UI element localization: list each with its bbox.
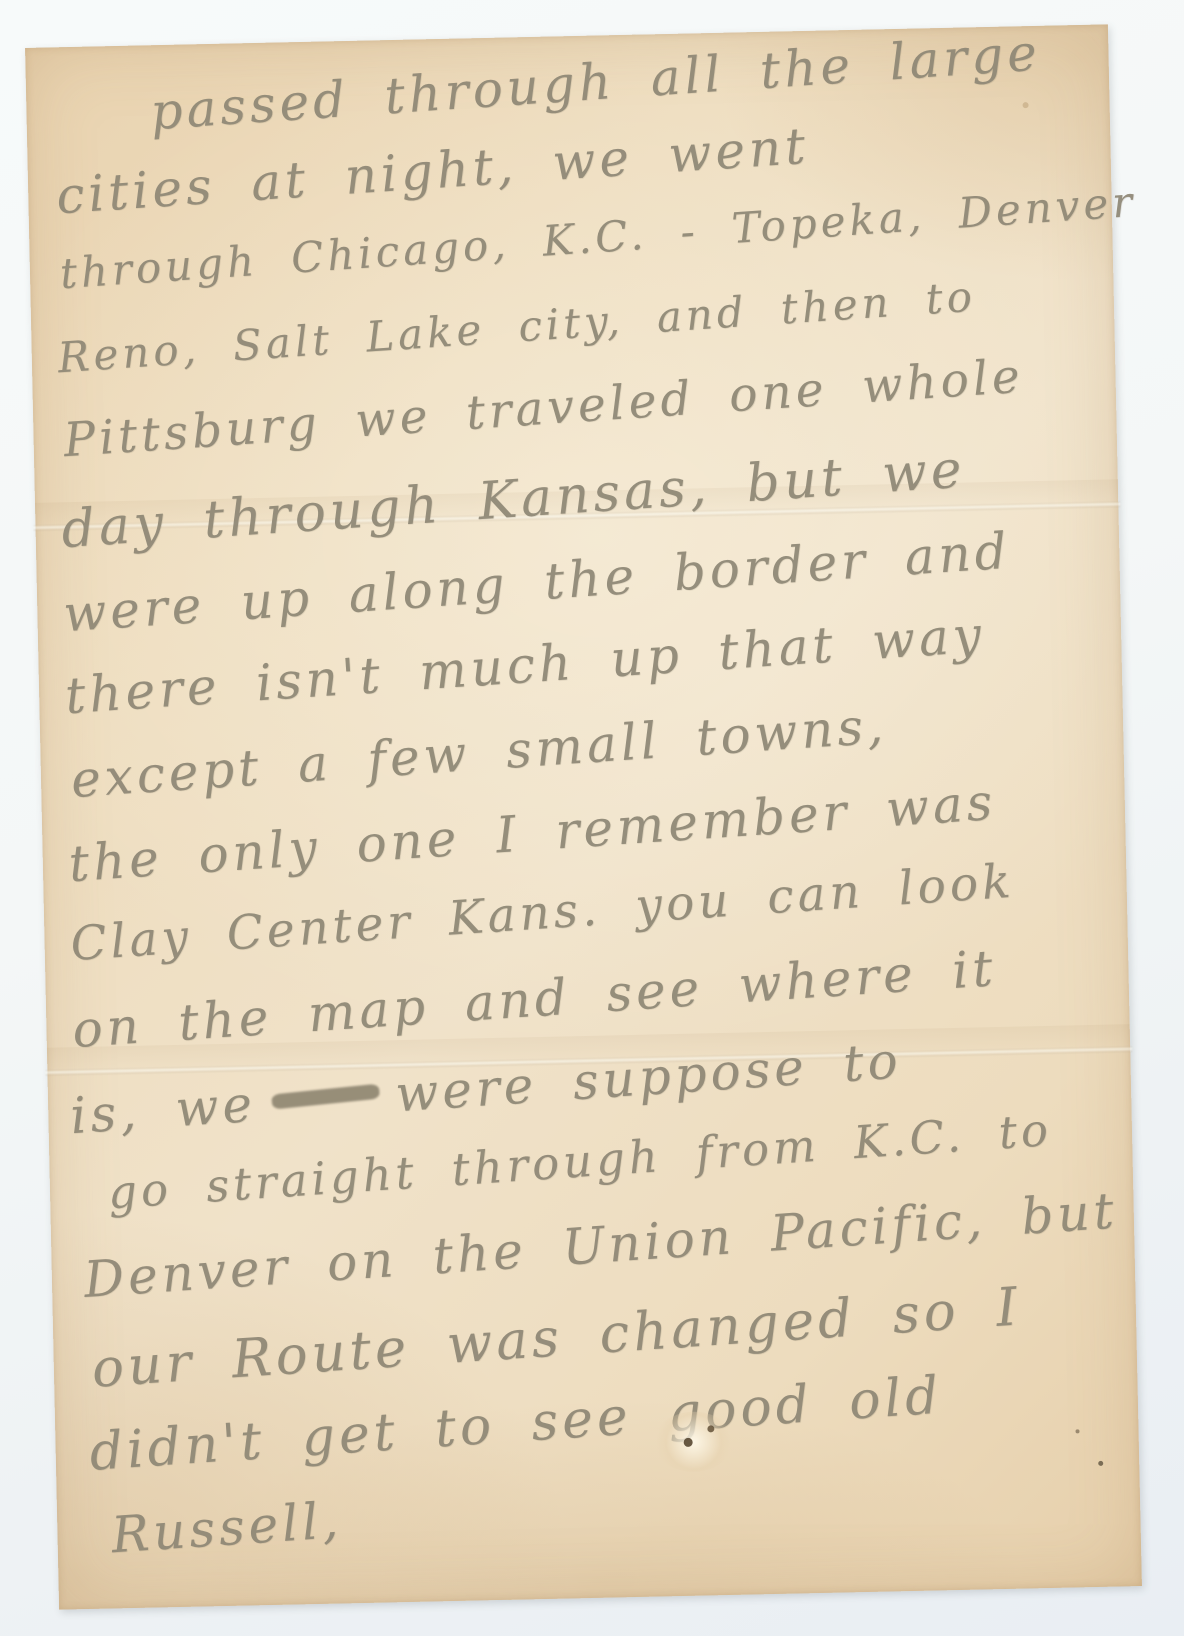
letter-page: passed through all the large cities at n… xyxy=(25,24,1142,1609)
scribbled-out-word xyxy=(271,1084,380,1110)
paper-stain-halo xyxy=(653,1411,734,1473)
paper-speck xyxy=(1098,1461,1103,1466)
paper-speck xyxy=(1023,102,1029,108)
handwritten-line-18: Russell, xyxy=(110,1493,344,1563)
handwritten-line-1: passed through all the large xyxy=(149,25,1043,140)
paper-speck xyxy=(1075,1429,1079,1433)
scanned-letter-background: passed through all the large cities at n… xyxy=(0,0,1184,1636)
paper-speck xyxy=(707,1425,714,1432)
